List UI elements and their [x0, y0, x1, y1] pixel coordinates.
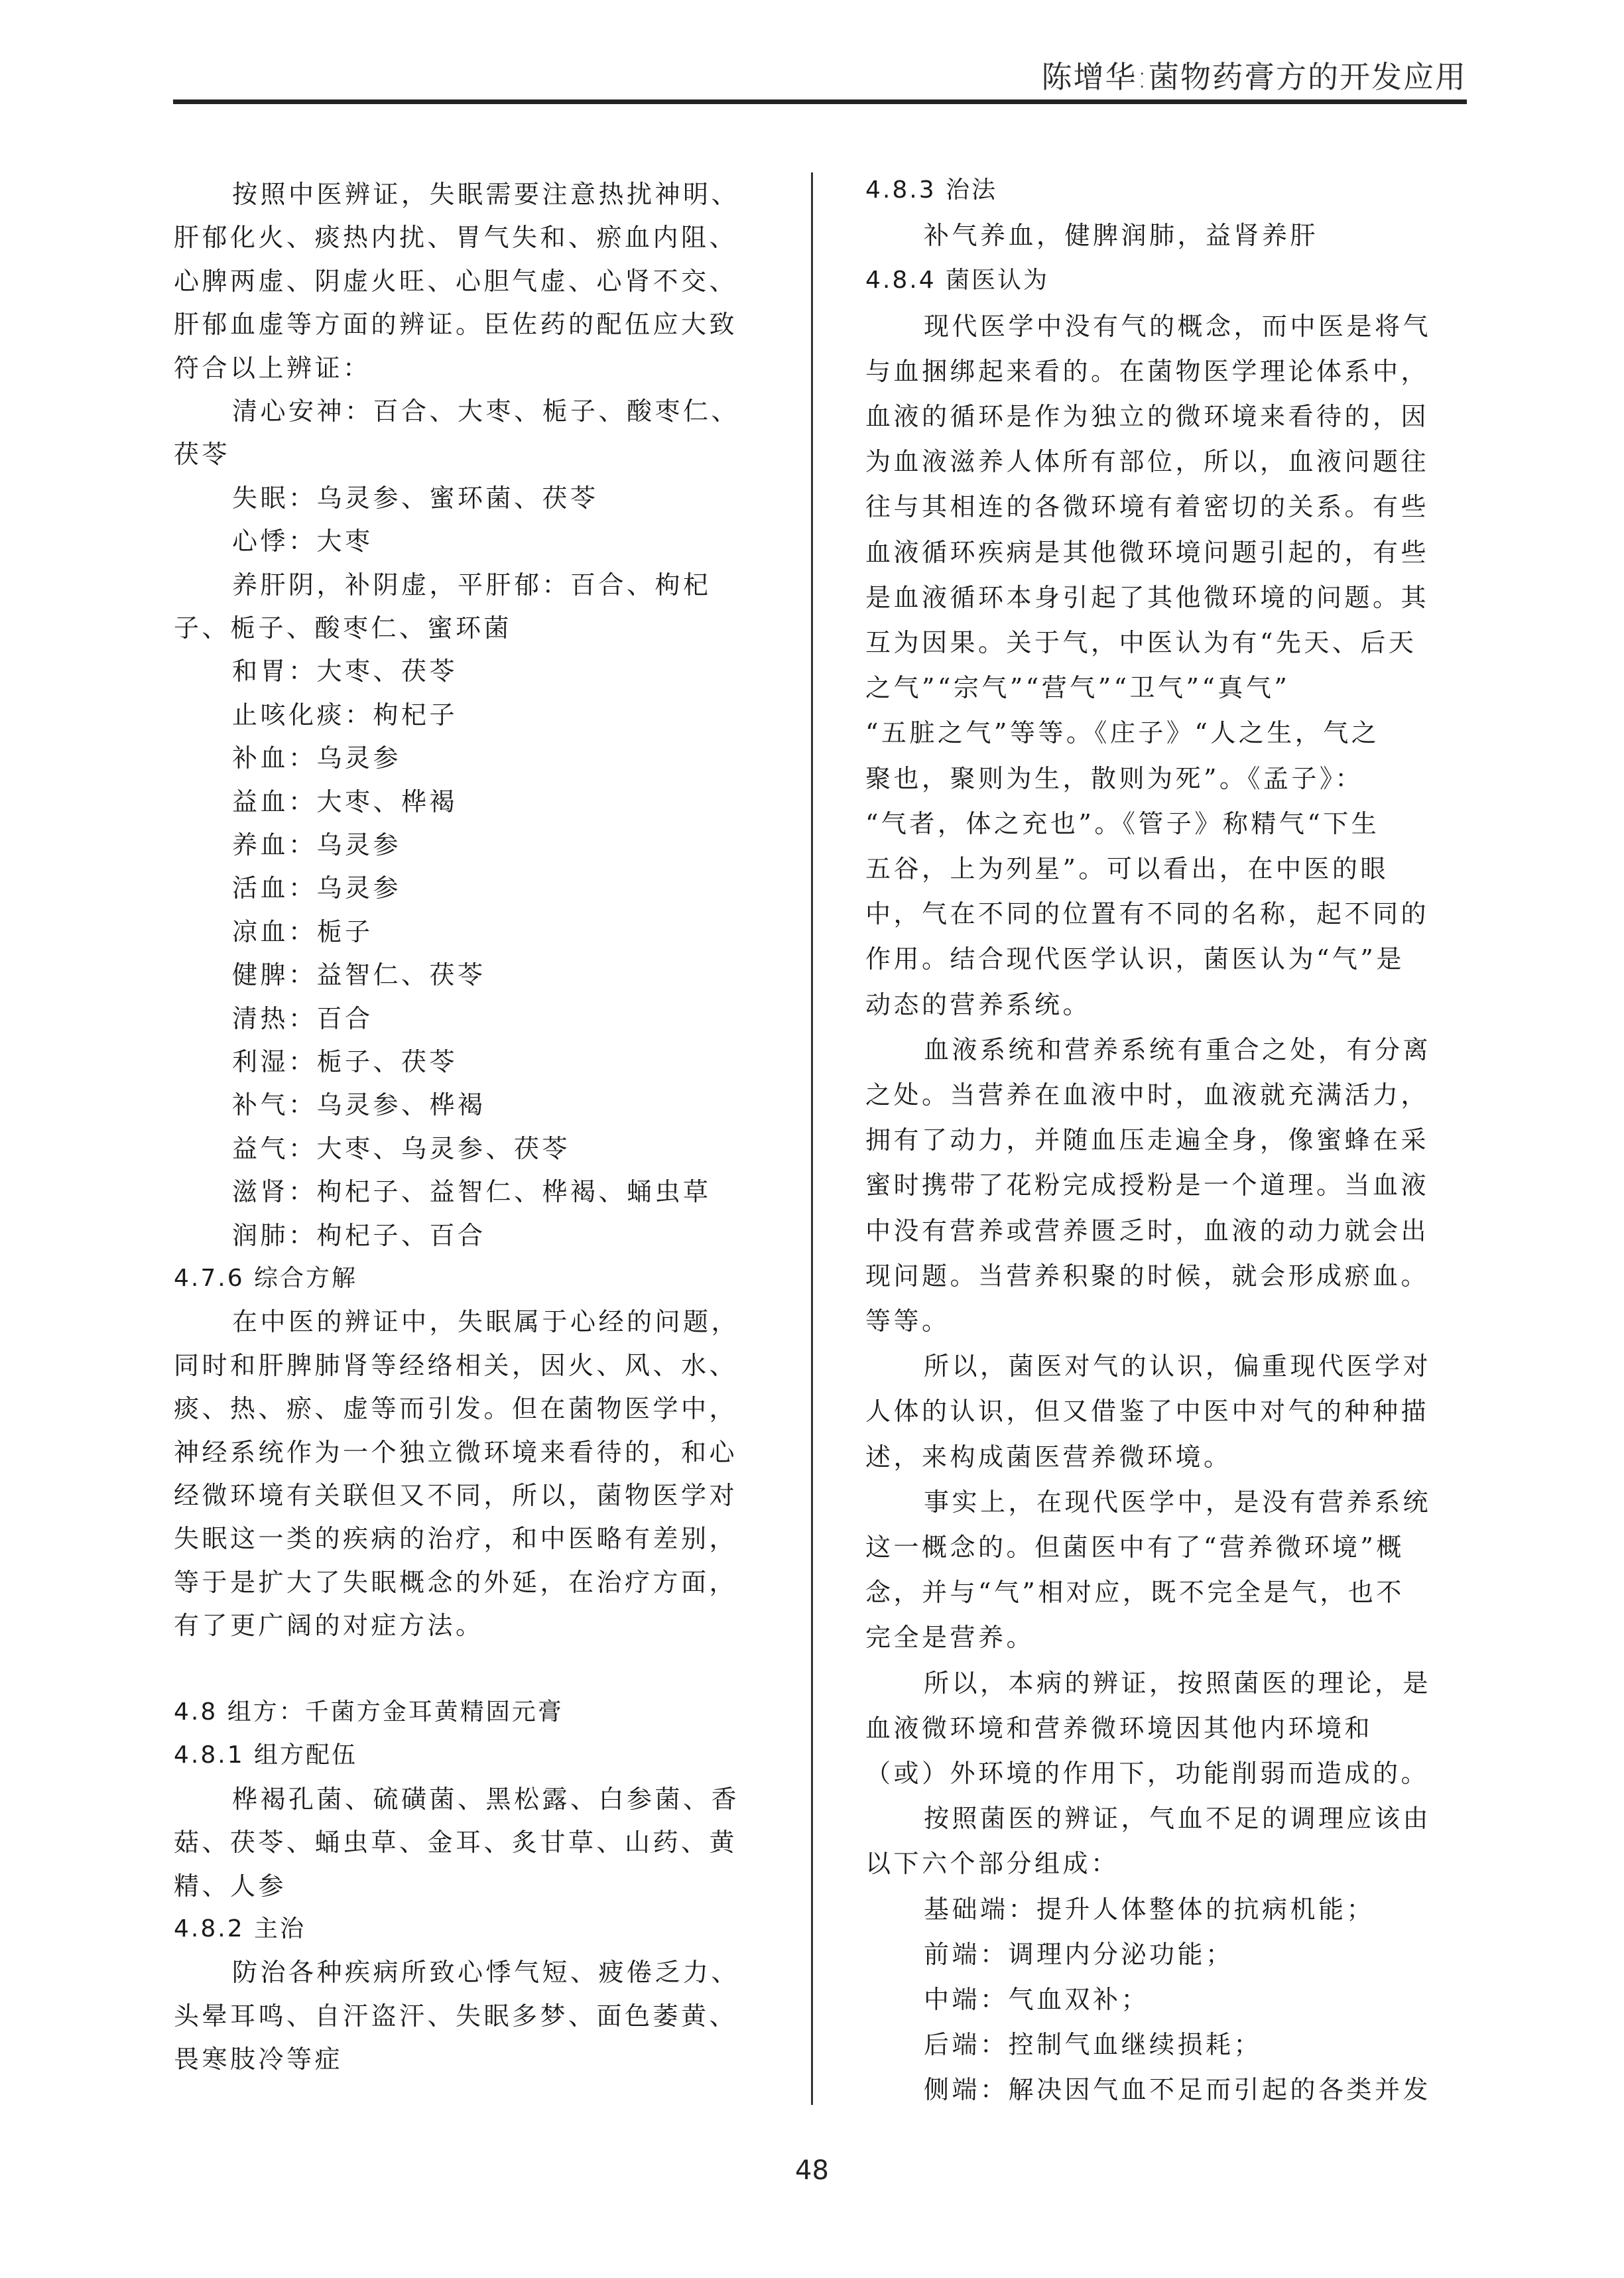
text-line: （或）外环境的作用下，功能削弱而造成的。	[865, 1757, 1429, 1790]
text-line: 侧端：解决因气血不足而引起的各类并发	[924, 2073, 1431, 2106]
text-line: 作用。结合现代医学认识，菌医认为“气”是	[865, 942, 1405, 976]
text-line: 神经系统作为一个独立微环境来看待的，和心	[174, 1436, 737, 1469]
text-line: 畏寒肢冷等症	[174, 2043, 343, 2076]
text-line: 五谷，上为列星”。可以看出，在中医的眼	[865, 852, 1389, 885]
text-line: “气者，体之充也”。《管子》称精气“下生	[865, 807, 1379, 840]
text-line: “五脏之气”等等。《庄子》“人之生，气之	[865, 716, 1379, 749]
text-line: 健脾：益智仁、茯苓	[232, 958, 486, 991]
section-heading: 4.8.2 主治	[174, 1913, 306, 1946]
text-line: 补气养血，健脾润肺，益肾养肝	[924, 219, 1318, 252]
text-line: 基础端：提升人体整体的抗病机能；	[924, 1893, 1375, 1926]
page-number: 48	[0, 2155, 1624, 2186]
text-line: 精、人参	[174, 1869, 286, 1903]
text-line: 血液循环疾病是其他微环境问题引起的，有些	[865, 536, 1429, 569]
text-line: 血液的循环是作为独立的微环境来看待的，因	[865, 400, 1429, 433]
text-line: 往与其相连的各微环境有着密切的关系。有些	[865, 490, 1429, 523]
text-line: 心悸：大枣	[232, 525, 373, 558]
text-line: 中端：气血双补；	[924, 1983, 1149, 2016]
text-line: 和胃：大枣、茯苓	[232, 655, 458, 688]
text-line: 利湿：栀子、茯苓	[232, 1045, 458, 1078]
text-line: 为血液滋养人体所有部位，所以，血液问题往	[865, 445, 1429, 478]
text-line: 与血捆绑起来看的。在菌物医学理论体系中，	[865, 355, 1429, 388]
text-line: 桦褐孔菌、硫磺菌、黑松露、白参菌、香	[232, 1783, 739, 1816]
text-line: 益血：大枣、桦褐	[232, 785, 458, 818]
text-line: 清心安神：百合、大枣、栀子、酸枣仁、	[232, 395, 739, 428]
column-divider	[811, 172, 813, 2105]
text-line: 养肝阴，补阴虚，平肝郁：百合、枸杞	[232, 568, 712, 601]
text-line: 述，来构成菌医营养微环境。	[865, 1440, 1232, 1474]
text-line: 子、栀子、酸枣仁、蜜环菌	[174, 611, 512, 645]
text-line: 痰、热、瘀、虚等而引发。但在菌物医学中，	[174, 1392, 737, 1425]
text-line: 后端：控制气血继续损耗；	[924, 2028, 1262, 2061]
text-line: 是血液循环本身引起了其他微环境的问题。其	[865, 581, 1429, 614]
text-line: 防治各种疾病所致心悸气短、疲倦乏力、	[232, 1956, 739, 1989]
text-line: 以下六个部分组成：	[865, 1847, 1119, 1880]
text-line: 失眠：乌灵参、蜜环菌、茯苓	[232, 481, 599, 515]
text-line: 血液系统和营养系统有重合之处，有分离	[924, 1033, 1431, 1066]
text-line: 头晕耳鸣、自汗盗汗、失眠多梦、面色萎黄、	[174, 1999, 737, 2033]
text-line: 止咳化痰：枸杞子	[232, 698, 458, 731]
section-heading: 4.8 组方：千菌方金耳黄精固元膏	[174, 1696, 564, 1729]
section-heading: 4.8.3 治法	[865, 174, 997, 207]
text-line: 菇、茯苓、蛹虫草、金耳、炙甘草、山药、黄	[174, 1826, 737, 1859]
text-line: 中没有营养或营养匮乏时，血液的动力就会出	[865, 1214, 1429, 1247]
text-line: 之处。当营养在血液中时，血液就充满活力，	[865, 1078, 1429, 1111]
section-heading: 4.8.1 组方配伍	[174, 1739, 357, 1772]
text-line: 动态的营养系统。	[865, 988, 1091, 1021]
text-line: 在中医的辨证中，失眠属于心经的问题，	[232, 1305, 739, 1338]
text-line: 同时和肝脾肺肾等经络相关，因火、风、水、	[174, 1349, 737, 1382]
text-line: 活血：乌灵参	[232, 871, 401, 905]
text-line: 蜜时携带了花粉完成授粉是一个道理。当血液	[865, 1169, 1429, 1202]
text-line: 等于是扩大了失眠概念的外延，在治疗方面，	[174, 1566, 737, 1599]
text-line: 符合以上辨证：	[174, 351, 371, 385]
text-line: 清热：百合	[232, 1002, 373, 1035]
running-title: 陈增华:菌物药膏方的开发应用	[1042, 53, 1468, 97]
section-heading: 4.7.6 综合方解	[174, 1262, 357, 1295]
text-line: 现代医学中没有气的概念，而中医是将气	[924, 310, 1431, 343]
text-line: 补血：乌灵参	[232, 741, 401, 775]
text-line: 肝郁血虚等方面的辨证。臣佐药的配伍应大致	[174, 308, 737, 341]
text-line: 按照菌医的辨证，气血不足的调理应该由	[924, 1802, 1431, 1835]
text-line: 血液微环境和营养微环境因其他内环境和	[865, 1712, 1373, 1745]
text-line: 按照中医辨证，失眠需要注意热扰神明、	[232, 178, 739, 211]
text-line: 念，并与“气”相对应，既不完全是气，也不	[865, 1576, 1405, 1609]
text-line: 所以，菌医对气的认识，偏重现代医学对	[924, 1350, 1431, 1383]
text-line: 益气：大枣、乌灵参、茯苓	[232, 1132, 570, 1165]
text-line: 滋肾：枸杞子、益智仁、桦褐、蛹虫草	[232, 1175, 712, 1208]
section-heading: 4.8.4 菌医认为	[865, 264, 1049, 297]
text-line: 事实上，在现代医学中，是没有营养系统	[924, 1486, 1431, 1519]
text-line: 之气”“宗气”“营气”“卫气”“真气”	[865, 671, 1290, 704]
text-line: 聚也，聚则为生，散则为死”。《孟子》：	[865, 762, 1363, 795]
text-line: 拥有了动力，并随血压走遍全身，像蜜蜂在采	[865, 1123, 1429, 1157]
text-line: 肝郁化火、痰热内扰、胃气失和、瘀血内阻、	[174, 221, 737, 254]
text-line: 养血：乌灵参	[232, 828, 401, 861]
text-line: 失眠这一类的疾病的治疗，和中医略有差别，	[174, 1522, 737, 1555]
text-line: 人体的认识，但又借鉴了中医中对气的种种描	[865, 1395, 1429, 1428]
text-line: 有了更广阔的对症方法。	[174, 1609, 484, 1642]
text-line: 润肺：枸杞子、百合	[232, 1219, 486, 1252]
text-line: 凉血：栀子	[232, 915, 373, 948]
text-line: 所以，本病的辨证，按照菌医的理论，是	[924, 1667, 1431, 1700]
text-line: 补气：乌灵参、桦褐	[232, 1088, 486, 1121]
text-line: 经微环境有关联但又不同，所以，菌物医学对	[174, 1479, 737, 1512]
text-line: 互为因果。关于气，中医认为有“先天、后天	[865, 626, 1416, 659]
text-line: 现问题。当营养积聚的时候，就会形成瘀血。	[865, 1259, 1429, 1293]
text-line: 这一概念的。但菌医中有了“营养微环境”概	[865, 1531, 1405, 1564]
text-line: 中，气在不同的位置有不同的名称，起不同的	[865, 897, 1429, 930]
text-line: 茯苓	[174, 438, 230, 471]
text-line: 心脾两虚、阴虚火旺、心胆气虚、心肾不交、	[174, 265, 737, 298]
text-line: 前端：调理内分泌功能；	[924, 1938, 1234, 1971]
text-line: 完全是营养。	[865, 1621, 1034, 1654]
header-rule	[173, 99, 1467, 104]
text-line: 等等。	[865, 1304, 950, 1338]
